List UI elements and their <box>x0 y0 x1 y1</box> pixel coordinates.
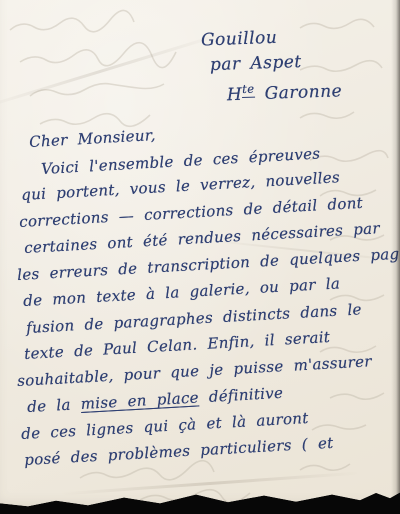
handwritten-text-segment: H <box>227 85 243 106</box>
letter-paper: Gouilloupar AspetHte Garonne Cher Monsie… <box>0 0 400 514</box>
paper-crease <box>60 472 359 496</box>
letter-body: Cher Monsieur,Voici l'ensemble de ces ép… <box>0 128 400 473</box>
handwritten-text-segment: Cher Monsieur, <box>29 126 156 151</box>
handwritten-text-segment: de la <box>27 395 81 416</box>
handwritten-text-segment: définitive <box>198 384 283 407</box>
address-line: Hte Garonne <box>226 74 342 109</box>
handwritten-text-segment: te <box>242 82 255 98</box>
paper-crease <box>0 32 225 111</box>
handwritten-text-segment: mise en place <box>80 388 199 413</box>
handwritten-text-segment: par Aspet <box>210 52 302 75</box>
handwritten-text-segment: Gouillou <box>201 28 278 51</box>
letter-header-address: Gouilloupar AspetHte Garonne <box>201 24 343 109</box>
handwritten-text-segment: Garonne <box>254 81 342 104</box>
scanned-letter: Gouilloupar AspetHte Garonne Cher Monsie… <box>0 0 400 514</box>
